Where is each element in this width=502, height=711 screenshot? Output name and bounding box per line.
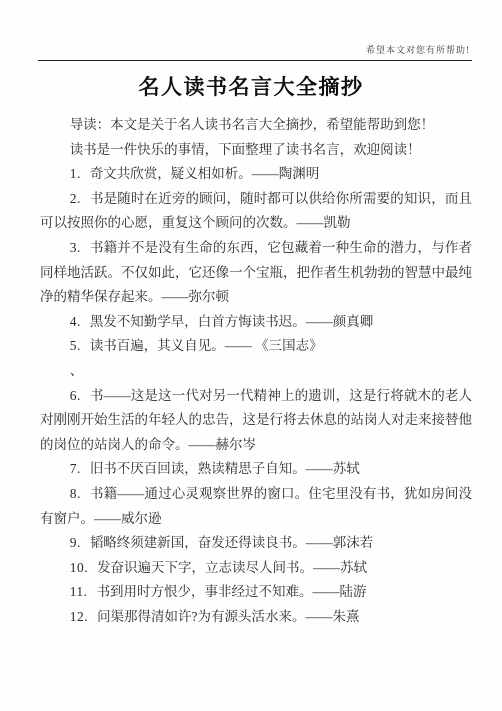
paragraph-text: 读书百遍，其义自见。—— 《三国志》 [90,338,323,353]
list-number: 9. [70,535,81,550]
quote-item: 11.书到用时方恨少，事非经过不知难。——陆游 [40,580,472,605]
quote-item: 1.奇文共欣赏，疑义相如析。——陶渊明 [40,162,472,187]
intro-paragraph: 导读：本文是关于名人读书名言大全摘抄，希望能帮助到您！ [40,113,472,138]
paragraph-text: 旧书不厌百回读，熟读精思子自知。——苏轼 [90,461,360,476]
list-number: 6. [70,388,81,403]
paragraph-text: 导读：本文是关于名人读书名言大全摘抄，希望能帮助到您！ [70,117,435,132]
paragraph-text: 书籍并不是没有生命的东西，它包藏着一种生命的潜力，与作者同样地活跃。不仅如此，它… [40,240,472,304]
page-title: 名人读书名言大全摘抄 [0,71,502,101]
quote-item: 4.黑发不知勤学早，白首方悔读书迟。——颜真卿 [40,310,472,335]
document-page: 希望本文对您有所帮助! 名人读书名言大全摘抄 导读：本文是关于名人读书名言大全摘… [0,0,502,711]
header-divider [38,60,472,61]
quote-item: 5.读书百遍，其义自见。—— 《三国志》 [40,334,472,359]
paragraph-text: 书——这是这一代对另一代精神上的遗训，这是行将就木的老人对刚刚开始生活的年轻人的… [40,388,472,452]
list-number: 1. [70,166,81,181]
list-number: 10. [70,560,88,575]
paragraph-text: 书是随时在近旁的顾问，随时都可以供给你所需要的知识，而且可以按照你的心愿，重复这… [40,191,472,231]
paragraph-text: 书到用时方恨少，事非经过不知难。——陆游 [97,584,367,599]
paragraph-text: 发奋识遍天下字，立志读尽人间书。——苏轼 [97,560,367,575]
document-body: 导读：本文是关于名人读书名言大全摘抄，希望能帮助到您！ 读书是一件快乐的事情，下… [40,113,472,629]
paragraph-text: 黑发不知勤学早，白首方悔读书迟。——颜真卿 [90,314,374,329]
paragraph-text: 问渠那得清如许?为有源头活水来。——朱熹 [97,609,360,624]
list-number: 8. [70,486,81,501]
list-number: 4. [70,314,81,329]
quote-item: 8.书籍——通过心灵观察世界的窗口。住宅里没有书，犹如房间没有窗户。——威尔逊 [40,482,472,531]
quote-item: 7.旧书不厌百回读，熟读精思子自知。——苏轼 [40,457,472,482]
intro-paragraph: 读书是一件快乐的事情，下面整理了读书名言，欢迎阅读！ [40,138,472,163]
header-note: 希望本文对您有所帮助! [366,43,470,56]
quote-item: 9.韬略终须建新国，奋发还得读良书。——郭沫若 [40,531,472,556]
list-number: 11. [70,584,88,599]
paragraph-text: 读书是一件快乐的事情，下面整理了读书名言，欢迎阅读！ [70,142,421,157]
quote-item: 12.问渠那得清如许?为有源头活水来。——朱熹 [40,605,472,630]
quote-item: 2.书是随时在近旁的顾问，随时都可以供给你所需要的知识，而且可以按照你的心愿，重… [40,187,472,236]
quote-item: 10.发奋识遍天下字，立志读尽人间书。——苏轼 [40,556,472,581]
list-number: 2. [70,191,81,206]
paragraph-text: 、 [70,363,84,378]
paragraph-text: 书籍——通过心灵观察世界的窗口。住宅里没有书，犹如房间没有窗户。——威尔逊 [40,486,472,526]
paragraph-text: 韬略终须建新国，奋发还得读良书。——郭沫若 [90,535,374,550]
stray-punctuation: 、 [40,359,472,384]
quote-item: 6.书——这是这一代对另一代精神上的遗训，这是行将就木的老人对刚刚开始生活的年轻… [40,384,472,458]
list-number: 7. [70,461,81,476]
paragraph-text: 奇文共欣赏，疑义相如析。——陶渊明 [90,166,320,181]
quote-item: 3.书籍并不是没有生命的东西，它包藏着一种生命的潜力，与作者同样地活跃。不仅如此… [40,236,472,310]
list-number: 5. [70,338,81,353]
list-number: 3. [70,240,81,255]
list-number: 12. [70,609,88,624]
